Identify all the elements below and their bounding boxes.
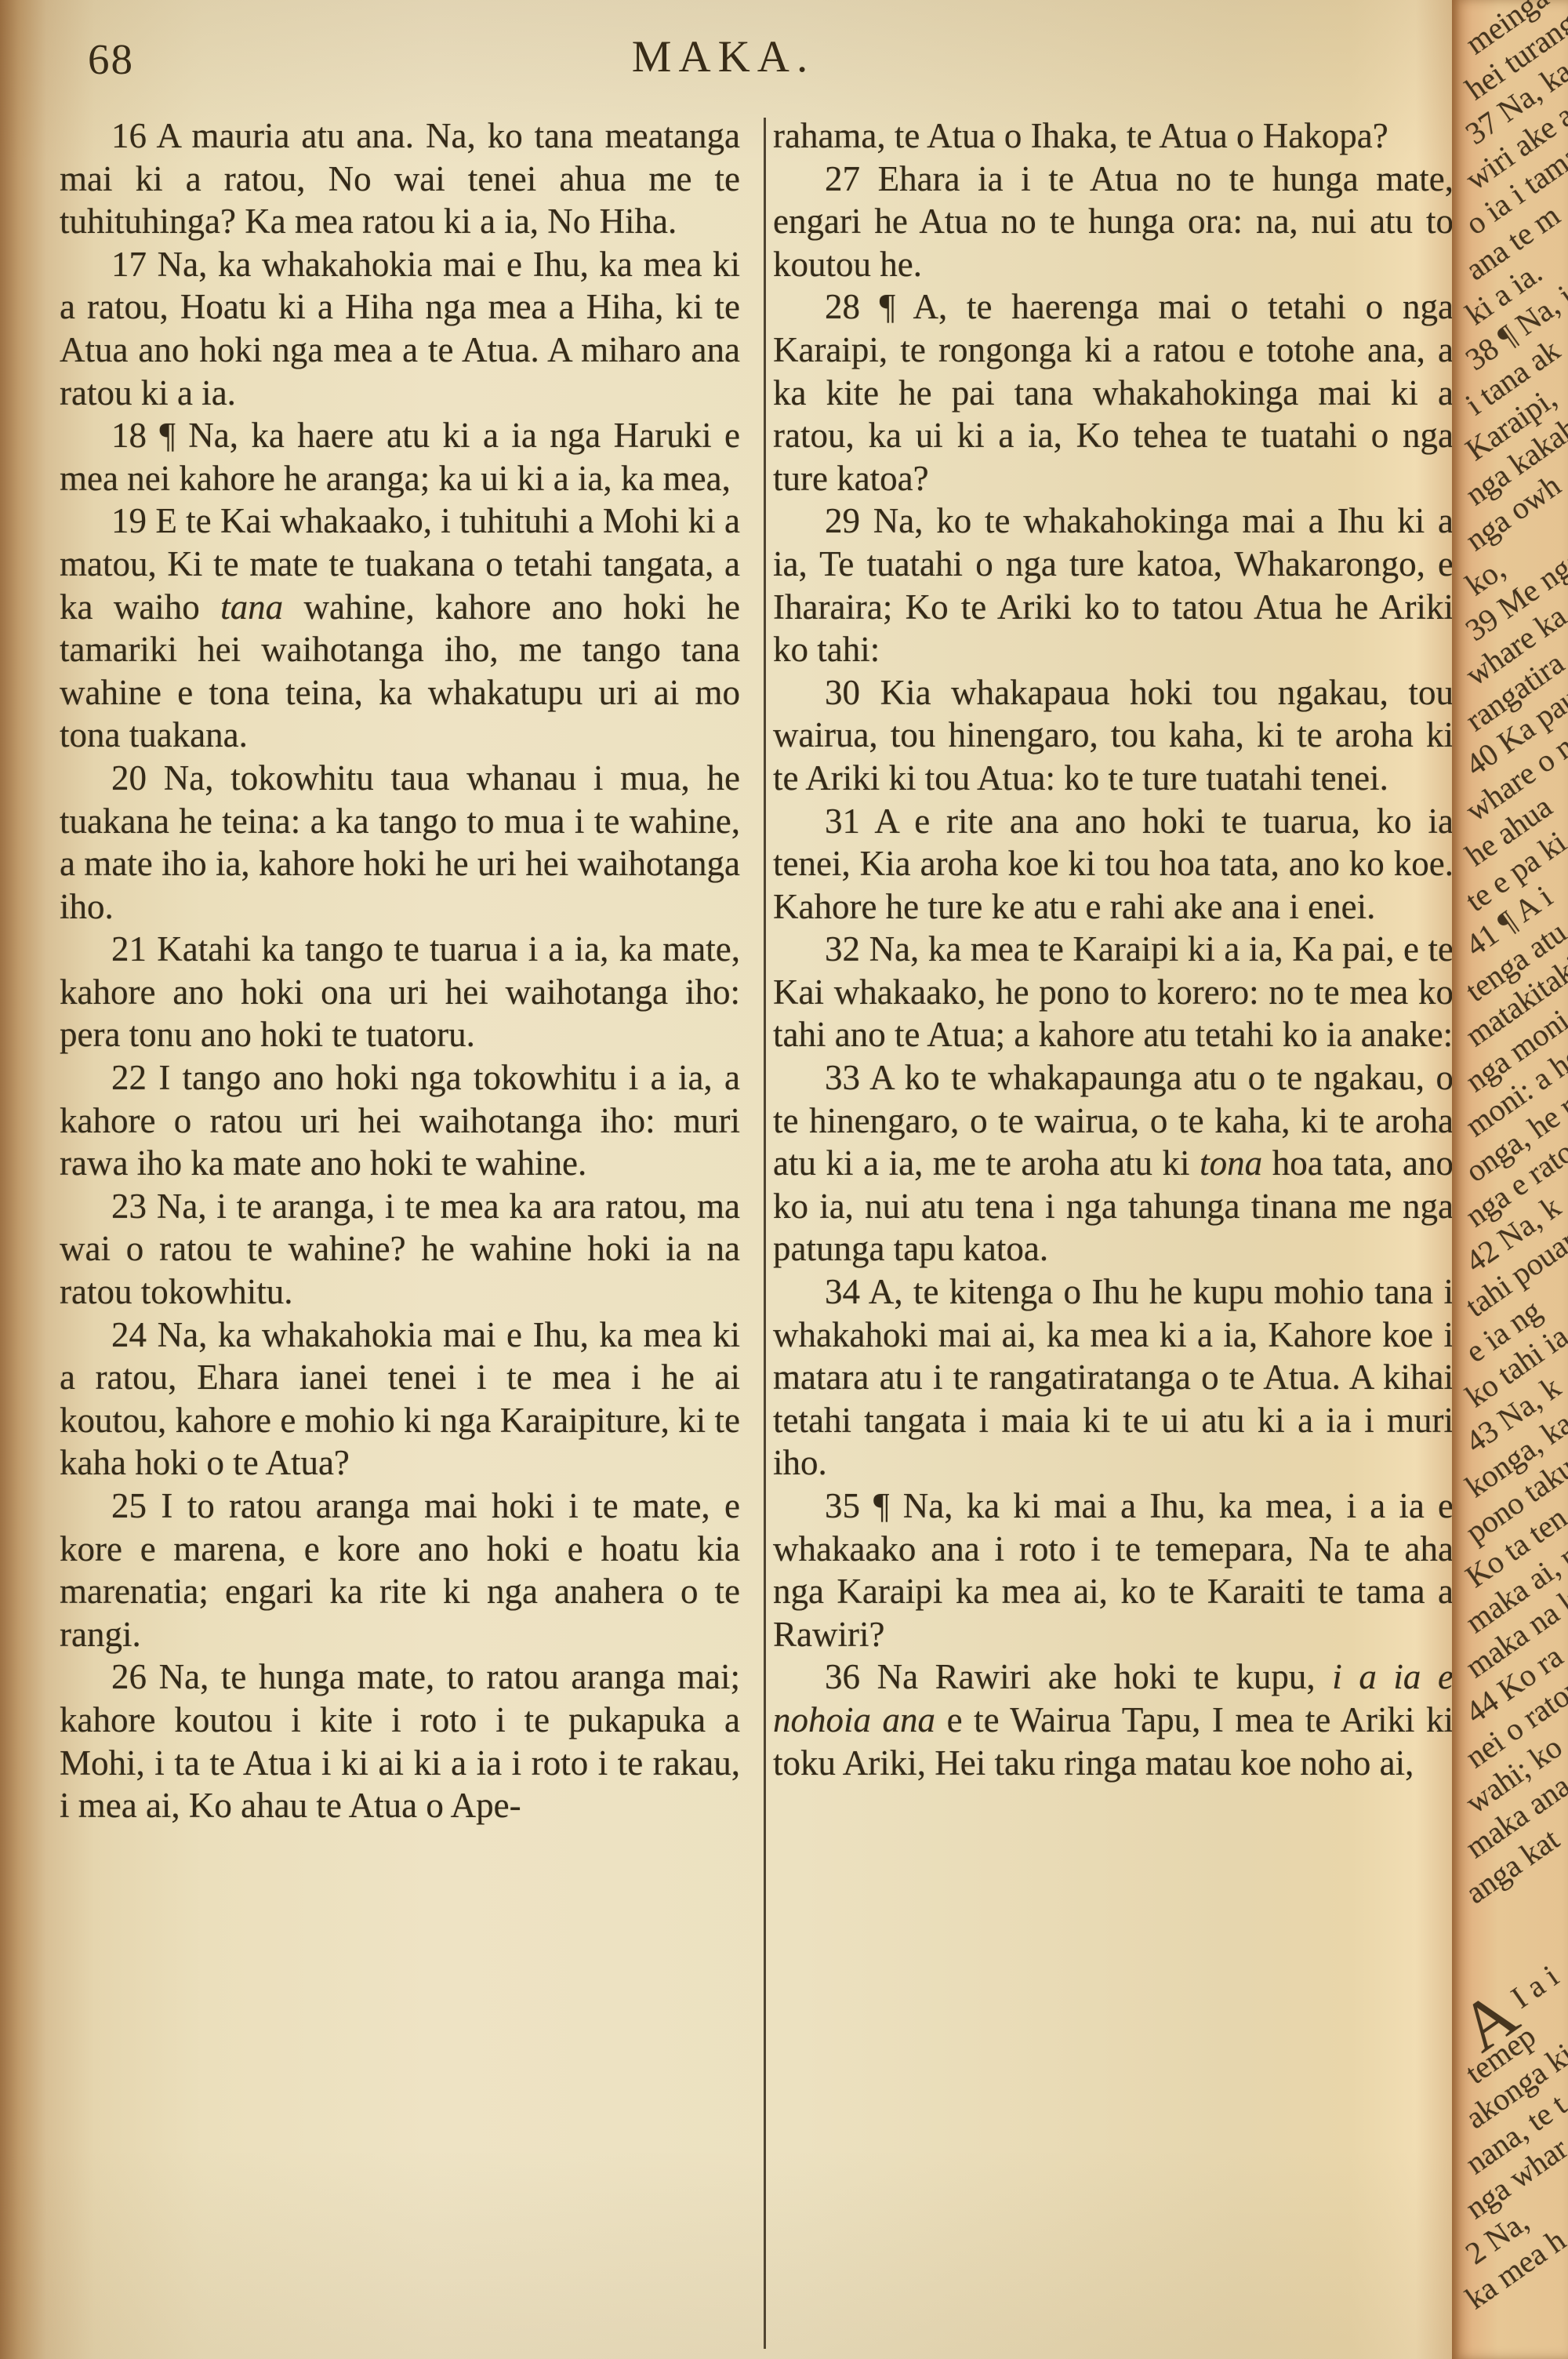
verse: 36 Na Rawiri ake hoki te kupu, i a ia e … — [773, 1656, 1454, 1784]
verse-number: 36 — [825, 1657, 877, 1696]
verse: 34 A, te kitenga o Ihu he kupu mohio tan… — [773, 1270, 1454, 1485]
next-page-curled-edge: meinga rahei turang37 Na, kawiri ake ano… — [1452, 0, 1568, 2359]
verse: 22 I tango ano hoki nga tokowhitu i a ia… — [60, 1056, 740, 1185]
verse: 21 Katahi ka tango te tuarua i a ia, ka … — [60, 928, 740, 1056]
pilcrow-mark: ¶ — [159, 416, 188, 455]
verse-number: 17 — [111, 245, 158, 284]
verse-number: 25 — [111, 1486, 161, 1525]
verse-number: 19 — [111, 501, 155, 540]
page-title: MAKA. — [0, 31, 1446, 82]
verse-number: 33 — [825, 1058, 869, 1097]
verse-number: 32 — [825, 929, 869, 969]
verse: 17 Na, ka whakahokia mai e Ihu, ka mea k… — [60, 243, 740, 414]
verse: 33 A ko te whakapaunga atu o te ngakau, … — [773, 1056, 1454, 1270]
pilcrow-mark: ¶ — [873, 1486, 903, 1525]
verse-number: 20 — [111, 758, 164, 798]
book-page: 68 MAKA. 16 A mauria atu ana. Na, ko tan… — [0, 0, 1452, 2359]
verse: 35 ¶ Na, ka ki mai a Ihu, ka mea, i a ia… — [773, 1485, 1454, 1656]
verse-number: 16 — [111, 116, 157, 155]
verse: 30 Kia whakapaua hoki tou ngakau, tou wa… — [773, 671, 1454, 800]
verse: 19 E te Kai whakaako, i tuhituhi a Mohi … — [60, 500, 740, 757]
verse-number: 22 — [111, 1058, 158, 1097]
verse-number: 27 — [825, 159, 878, 198]
verse: 29 Na, ko te whakahokinga mai a Ihu ki a… — [773, 500, 1454, 671]
verse-number: 34 — [825, 1272, 869, 1311]
verse: 18 ¶ Na, ka haere atu ki a ia nga Haruki… — [60, 414, 740, 500]
verse: rahama, te Atua o Ihaka, te Atua o Hakop… — [773, 114, 1454, 158]
verse: 20 Na, tokowhitu taua whanau i mua, he t… — [60, 757, 740, 928]
verse: 16 A mauria atu ana. Na, ko tana meatang… — [60, 114, 740, 243]
verse-number: 18 — [111, 416, 159, 455]
verse: 32 Na, ka mea te Karaipi ki a ia, Ka pai… — [773, 928, 1454, 1056]
verse: 25 I to ratou aranga mai hoki i te mate,… — [60, 1485, 740, 1656]
verse-number: 26 — [111, 1657, 159, 1696]
verse-number: 28 — [825, 287, 880, 326]
verse: 27 Ehara ia i te Atua no te hunga mate, … — [773, 158, 1454, 286]
verse-number: 29 — [825, 501, 873, 540]
verse-number: 23 — [111, 1187, 157, 1226]
verse-number: 31 — [825, 801, 874, 841]
verse: 23 Na, i te aranga, i te mea ka ara rato… — [60, 1185, 740, 1314]
verse: 24 Na, ka whakahokia mai e Ihu, ka mea k… — [60, 1314, 740, 1485]
verse-number: 21 — [111, 929, 157, 969]
text-column-right: rahama, te Atua o Ihaka, te Atua o Hakop… — [773, 114, 1454, 1784]
verse: 28 ¶ A, te haerenga mai o tetahi o nga K… — [773, 285, 1454, 500]
pilcrow-mark: ¶ — [880, 287, 913, 326]
book-photo: 68 MAKA. 16 A mauria atu ana. Na, ko tan… — [0, 0, 1568, 2359]
verse: 26 Na, te hunga mate, to ratou aranga ma… — [60, 1656, 740, 1826]
column-divider — [764, 118, 766, 2349]
verse-number: 35 — [825, 1486, 873, 1525]
verse-number: 30 — [825, 673, 880, 712]
verse: 31 A e rite ana ano hoki te tuarua, ko i… — [773, 800, 1454, 929]
verse-number: 24 — [111, 1315, 158, 1354]
text-column-left: 16 A mauria atu ana. Na, ko tana meatang… — [60, 114, 740, 1827]
